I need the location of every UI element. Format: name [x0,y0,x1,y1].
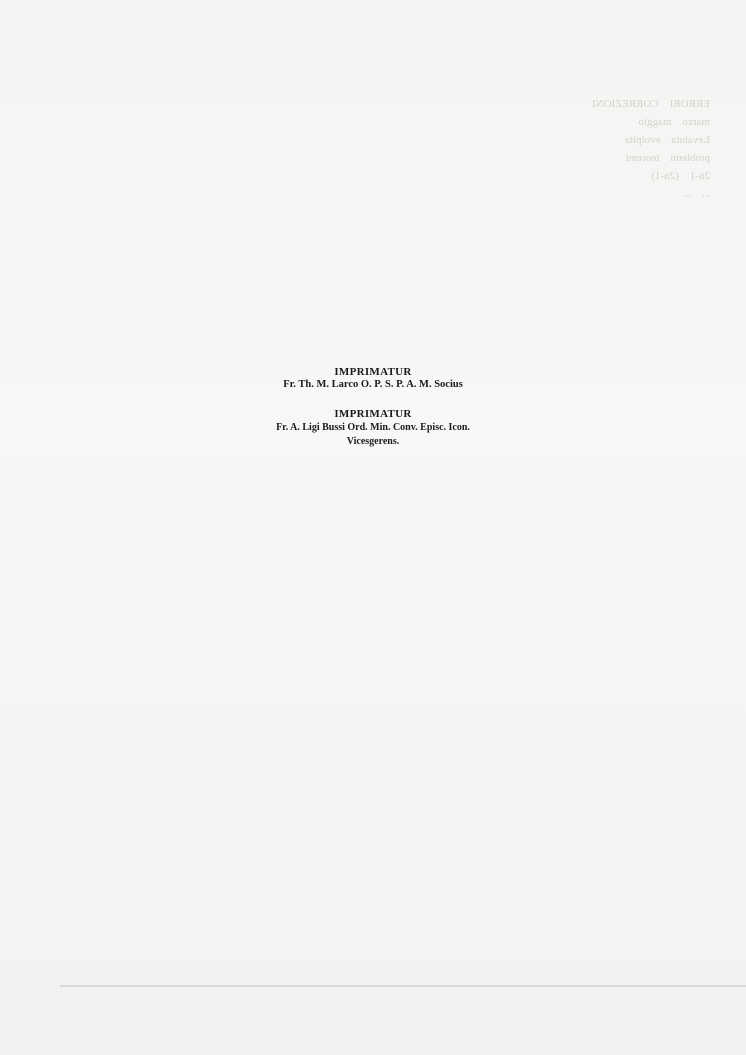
bleed-through-text: ERRORI CORREZIONI marzo maggio Levainta … [150,95,710,203]
imprimatur-heading-1: IMPRIMATUR [0,366,746,378]
imprimatur-signatory-2: Fr. A. Ligi Bussi Ord. Min. Conv. Episc.… [0,422,746,433]
document-page: ERRORI CORREZIONI marzo maggio Levainta … [0,0,746,1055]
page-edge-rule [60,985,746,987]
imprimatur-heading-2: IMPRIMATUR [0,408,746,420]
imprimatur-signatory-1: Fr. Th. M. Larco O. P. S. P. A. M. Sociu… [0,379,746,390]
imprimatur-role-2: Vicesgerens. [0,436,746,447]
